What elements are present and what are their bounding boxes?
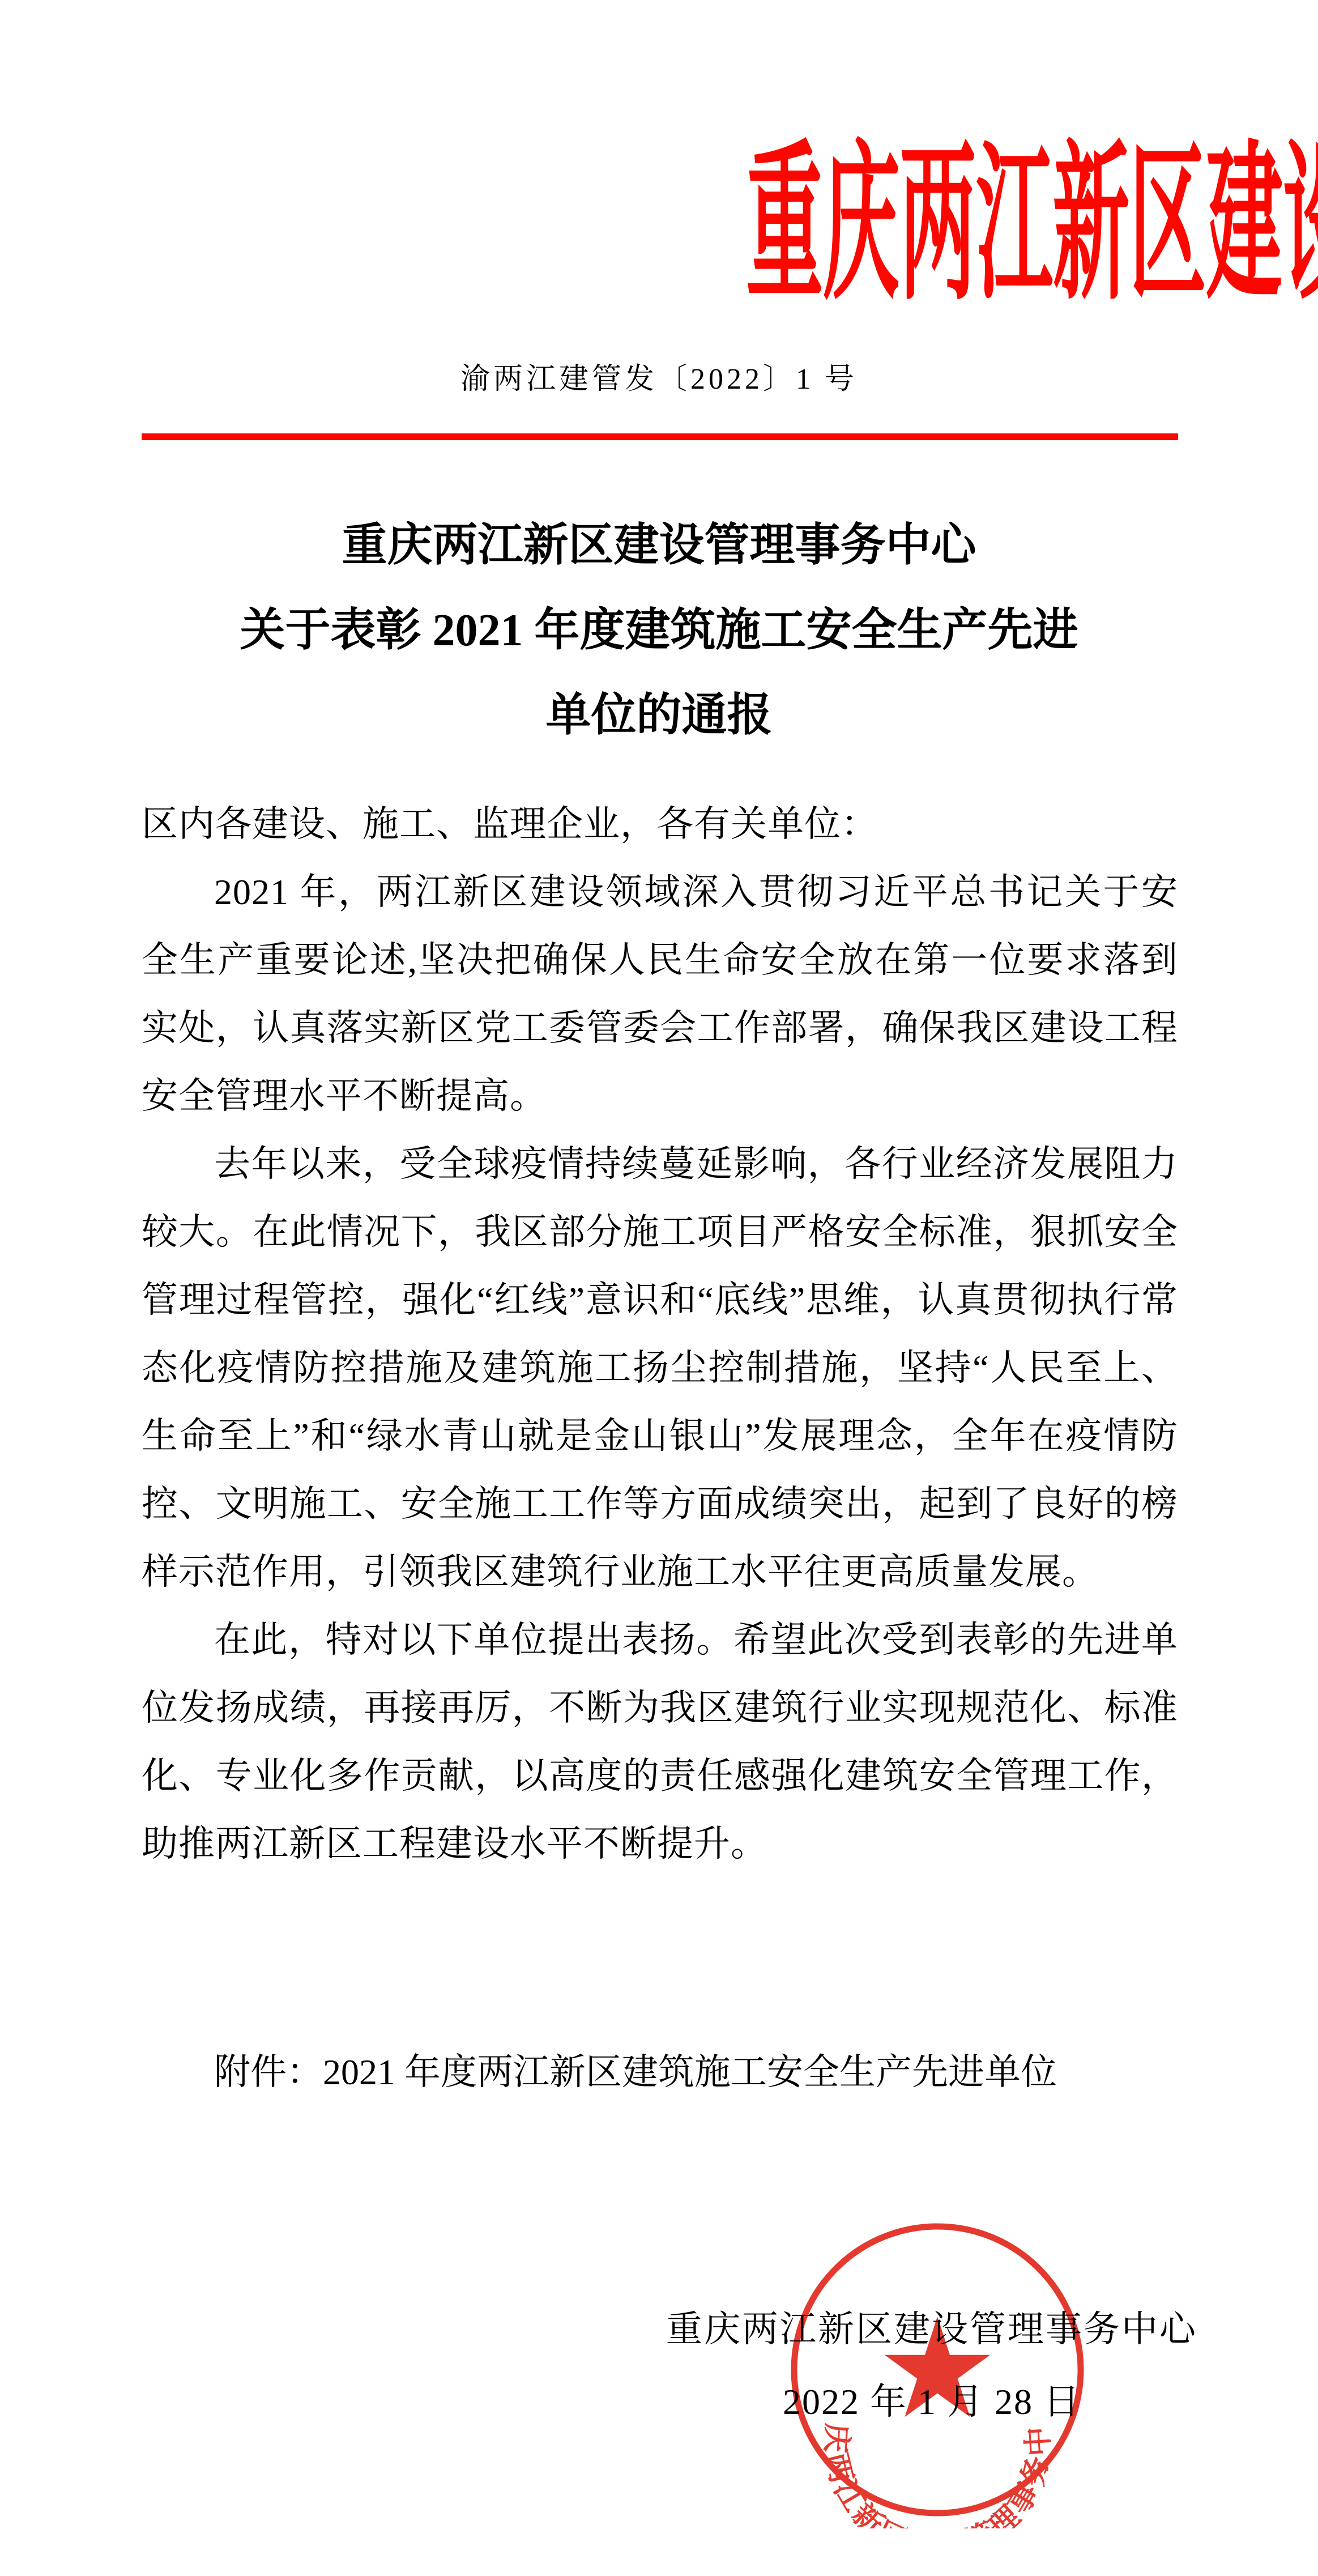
paragraph-3: 在此，特对以下单位提出表扬。希望此次受到表彰的先进单位发扬成绩，再接再厉，不断为… <box>142 1606 1178 1878</box>
title-line-3: 单位的通报 <box>0 673 1318 758</box>
document-title: 重庆两江新区建设管理事务中心 关于表彰 2021 年度建筑施工安全生产先进 单位… <box>0 503 1318 758</box>
title-line-2: 关于表彰 2021 年度建筑施工安全生产先进 <box>0 588 1318 673</box>
signature-date: 2022 年 1 月 28 日 <box>666 2366 1197 2438</box>
signature-org: 重庆两江新区建设管理事务中心 <box>666 2293 1197 2366</box>
red-separator-rule <box>142 433 1178 440</box>
paragraph-1: 2021 年，两江新区建设领域深入贯彻习近平总书记关于安全生产重要论述,坚决把确… <box>142 858 1178 1130</box>
doc-number: 渝两江建管发〔2022〕1 号 <box>0 363 1318 397</box>
paragraph-2: 去年以来，受全球疫情持续蔓延影响，各行业经济发展阻力较大。在此情况下，我区部分施… <box>142 1130 1178 1606</box>
signature-block: 重庆两江新区建设管理事务中心 2022 年 1 月 28 日 <box>666 2293 1197 2438</box>
page: 重庆两江新区建设管理事务中心文件 渝两江建管发〔2022〕1 号 重庆两江新区建… <box>0 0 1318 2576</box>
header-title: 重庆两江新区建设管理事务中心文件 <box>747 140 1318 310</box>
attachment-note: 附件：2021 年度两江新区建筑施工安全生产先进单位 <box>142 2038 1178 2106</box>
red-header-banner: 重庆两江新区建设管理事务中心文件 <box>0 140 1318 310</box>
title-line-1: 重庆两江新区建设管理事务中心 <box>0 503 1318 588</box>
salutation-line: 区内各建设、施工、监理企业，各有关单位： <box>142 790 1178 858</box>
body-text: 区内各建设、施工、监理企业，各有关单位： 2021 年，两江新区建设领域深入贯彻… <box>142 790 1178 1878</box>
